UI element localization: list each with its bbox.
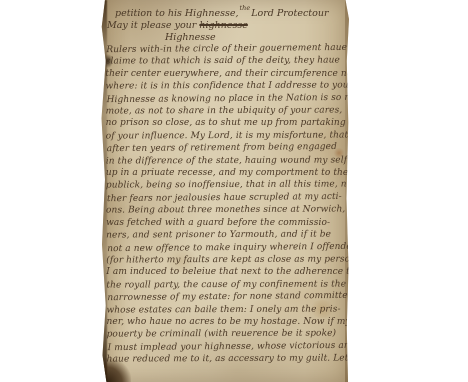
manuscript-text-line: in the difference of the state, hauing w… xyxy=(106,154,348,167)
heading-line-1: petition to his Highnesse,theLord Protec… xyxy=(107,2,347,20)
manuscript-text-line: no prison so close, as to shut me up fro… xyxy=(106,117,348,129)
struck-out-word: highnesse xyxy=(199,20,247,31)
manuscript-text-line: was fetched with a guard before the comm… xyxy=(106,217,348,229)
manuscript-page: petition to his Highnesse,theLord Protec… xyxy=(101,0,349,382)
manuscript-text-line: I must implead your highnesse, whose vic… xyxy=(108,340,350,355)
manuscript-text-line: mote, as not to share in the ubiquity of… xyxy=(106,105,348,118)
heading-line1-continued: Lord Protectour xyxy=(251,8,328,19)
manuscript-text-line: ners, and sent prisoner to Yarmouth, and… xyxy=(106,229,348,242)
heading-line1-text: petition to his Highnesse, xyxy=(115,8,239,19)
manuscript-text-line: not a new offence to make inquiry wherei… xyxy=(107,240,349,255)
photo-background: petition to his Highnesse,theLord Protec… xyxy=(0,0,468,382)
manuscript-text-line: (for hitherto my faults are kept as clos… xyxy=(106,253,348,266)
petition-heading: petition to his Highnesse,theLord Protec… xyxy=(107,2,347,44)
petition-body: Rulers with-in the circle of their gouer… xyxy=(105,42,348,366)
manuscript-text-line: haue reduced me to it, as accessary to m… xyxy=(107,353,349,366)
manuscript-text-line: ner, who haue no acres to be my hostage.… xyxy=(107,316,349,328)
manuscript-text-line: I am induced to beleiue that next to the… xyxy=(106,266,348,278)
manuscript-text-line: ons. Being about three monethes since at… xyxy=(106,204,348,217)
manuscript-text-line: Rulers with-in the circle of their gouer… xyxy=(106,42,348,57)
salutation-text: May it please your xyxy=(107,20,196,31)
manuscript-text-line: whose estates can baile them: I onely am… xyxy=(106,303,348,316)
manuscript-text-line: claime to that which is said of the deit… xyxy=(105,55,347,68)
manuscript-text-line: up in a priuate recesse, and my comportm… xyxy=(106,167,348,179)
inserted-word: the xyxy=(240,4,251,12)
manuscript-text-line: ther fears nor jealousies haue scrupled … xyxy=(107,191,349,206)
manuscript-text-line: where: it is in this confidence that I a… xyxy=(105,80,347,93)
manuscript-text-line: their center euerywhere, and their circu… xyxy=(105,68,347,80)
heading-line-2: May it please your highnesse xyxy=(107,20,347,32)
damaged-corner xyxy=(101,358,131,382)
manuscript-text-line: narrownesse of my estate: for none stand… xyxy=(107,290,349,305)
manuscript-text-line: Highnesse as knowing no place in the Nat… xyxy=(106,91,348,106)
